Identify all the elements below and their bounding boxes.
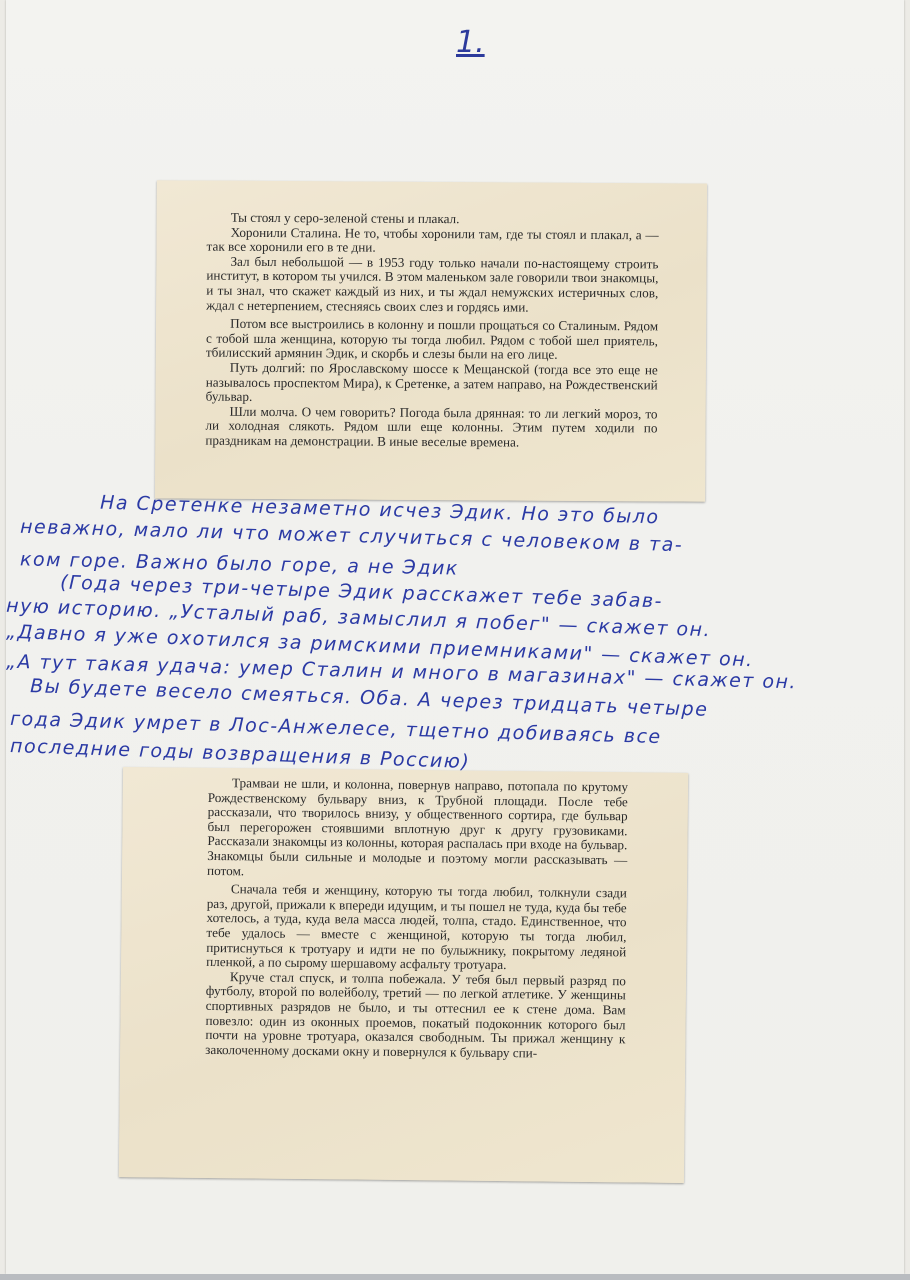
clipping-paragraph: Сначала тебя и женщину, которую ты тогда… <box>206 882 627 974</box>
clipping-paragraph: Потом все выстроились в колонну и пошли … <box>206 317 658 364</box>
newspaper-clipping-bottom: Трамваи не шли, и колонна, повернув напр… <box>119 767 688 1183</box>
clipping-paragraph: Путь долгий: по Ярославскому шоссе к Мещ… <box>206 361 658 408</box>
clipping-paragraph: Круче стал спуск, и толпа побежала. У те… <box>205 970 626 1062</box>
page-number: 1. <box>456 25 485 60</box>
newspaper-clipping-top: Ты стоял у серо-зеленой стены и плакал. … <box>155 180 707 501</box>
clipping-paragraph: Зал был небольшой — в 1953 году только н… <box>206 254 658 315</box>
page-edge <box>0 1274 910 1280</box>
clipping-paragraph: Шли молча. О чем говорить? Погода была д… <box>205 404 657 451</box>
clipping-paragraph: Хоронили Сталина. Не то, чтобы хоронили … <box>207 225 659 257</box>
clipping-paragraph: Трамваи не шли, и колонна, повернув напр… <box>207 776 628 883</box>
